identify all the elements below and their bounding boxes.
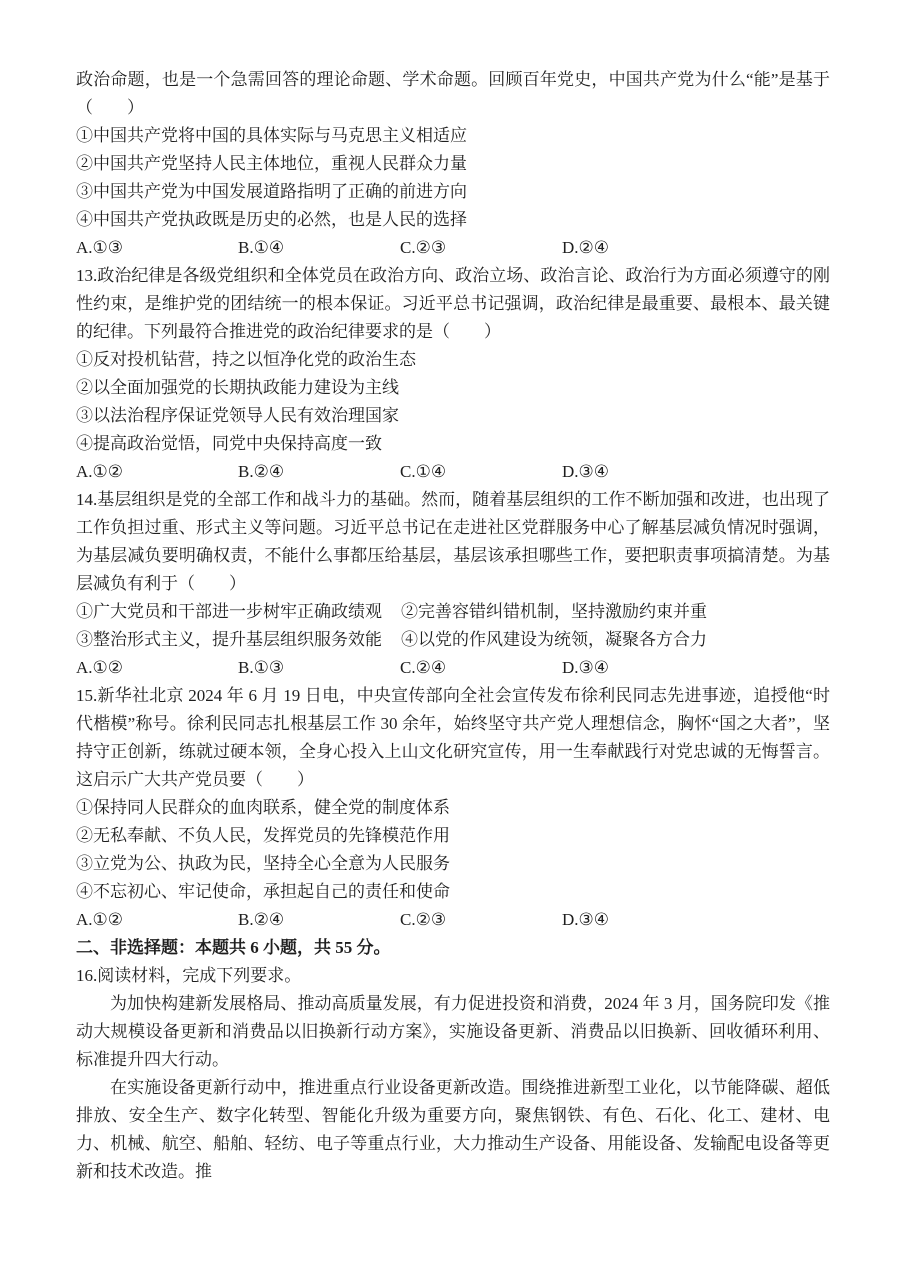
section-2-header: 二、非选择题：本题共 6 小题，共 55 分。: [76, 934, 830, 962]
question-14-choice-c: C.②④: [400, 654, 562, 682]
question-14-option-4: ④以党的作风建设为统领，凝聚各方合力: [401, 626, 830, 654]
question-12-option-4: ④中国共产党执政既是历史的必然，也是人民的选择: [76, 206, 830, 234]
question-12-option-3: ③中国共产党为中国发展道路指明了正确的前进方向: [76, 178, 830, 206]
question-14-option-3: ③整治形式主义，提升基层组织服务效能: [76, 626, 401, 654]
question-12-choice-d: D.②④: [562, 234, 830, 262]
question-12-choice-a: A.①③: [76, 234, 238, 262]
question-13-choice-b: B.②④: [238, 458, 400, 486]
question-14-stem: 14.基层组织是党的全部工作和战斗力的基础。然而，随着基层组织的工作不断加强和改…: [76, 486, 830, 598]
question-15-option-1: ①保持同人民群众的血肉联系，健全党的制度体系: [76, 794, 830, 822]
question-14-answer-row: A.①② B.①③ C.②④ D.③④: [76, 654, 830, 682]
question-12-stem: 政治命题，也是一个急需回答的理论命题、学术命题。回顾百年党史，中国共产党为什么“…: [76, 66, 830, 122]
question-13-choice-d: D.③④: [562, 458, 830, 486]
question-14-option-1: ①广大党员和干部进一步树牢正确政绩观: [76, 598, 401, 626]
question-12-choice-c: C.②③: [400, 234, 562, 262]
question-12-choice-b: B.①④: [238, 234, 400, 262]
question-16-paragraph-2: 在实施设备更新行动中，推进重点行业设备更新改造。围绕推进新型工业化，以节能降碳、…: [76, 1074, 830, 1186]
question-13-option-1: ①反对投机钻营，持之以恒净化党的政治生态: [76, 346, 830, 374]
question-15-stem: 15.新华社北京 2024 年 6 月 19 日电，中央宣传部向全社会宣传发布徐…: [76, 682, 830, 794]
question-15-option-2: ②无私奉献、不负人民，发挥党员的先锋模范作用: [76, 822, 830, 850]
question-12-answer-row: A.①③ B.①④ C.②③ D.②④: [76, 234, 830, 262]
question-13-choice-a: A.①②: [76, 458, 238, 486]
question-15-choice-d: D.③④: [562, 906, 830, 934]
question-15-choice-b: B.②④: [238, 906, 400, 934]
question-16-intro: 16.阅读材料，完成下列要求。: [76, 962, 830, 990]
question-15-option-4: ④不忘初心、牢记使命，承担起自己的责任和使命: [76, 878, 830, 906]
question-12-option-1: ①中国共产党将中国的具体实际与马克思主义相适应: [76, 122, 830, 150]
question-13-choice-c: C.①④: [400, 458, 562, 486]
question-15-choice-a: A.①②: [76, 906, 238, 934]
question-14-choice-a: A.①②: [76, 654, 238, 682]
question-14-choice-d: D.③④: [562, 654, 830, 682]
question-15-option-3: ③立党为公、执政为民，坚持全心全意为人民服务: [76, 850, 830, 878]
question-15-choice-c: C.②③: [400, 906, 562, 934]
question-15-answer-row: A.①② B.②④ C.②③ D.③④: [76, 906, 830, 934]
question-14-option-2: ②完善容错纠错机制，坚持激励约束并重: [401, 598, 830, 626]
question-13-option-2: ②以全面加强党的长期执政能力建设为主线: [76, 374, 830, 402]
exam-page: 政治命题，也是一个急需回答的理论命题、学术命题。回顾百年党史，中国共产党为什么“…: [76, 66, 830, 1186]
question-16-paragraph-1: 为加快构建新发展格局、推动高质量发展，有力促进投资和消费，2024 年 3 月，…: [76, 990, 830, 1074]
question-13-answer-row: A.①② B.②④ C.①④ D.③④: [76, 458, 830, 486]
question-13-option-3: ③以法治程序保证党领导人民有效治理国家: [76, 402, 830, 430]
question-14-choice-b: B.①③: [238, 654, 400, 682]
question-13-stem: 13.政治纪律是各级党组织和全体党员在政治方向、政治立场、政治言论、政治行为方面…: [76, 262, 830, 346]
question-12-option-2: ②中国共产党坚持人民主体地位，重视人民群众力量: [76, 150, 830, 178]
question-14-option-row-1: ①广大党员和干部进一步树牢正确政绩观 ②完善容错纠错机制，坚持激励约束并重: [76, 598, 830, 626]
question-14-option-row-2: ③整治形式主义，提升基层组织服务效能 ④以党的作风建设为统领，凝聚各方合力: [76, 626, 830, 654]
question-13-option-4: ④提高政治觉悟，同党中央保持高度一致: [76, 430, 830, 458]
